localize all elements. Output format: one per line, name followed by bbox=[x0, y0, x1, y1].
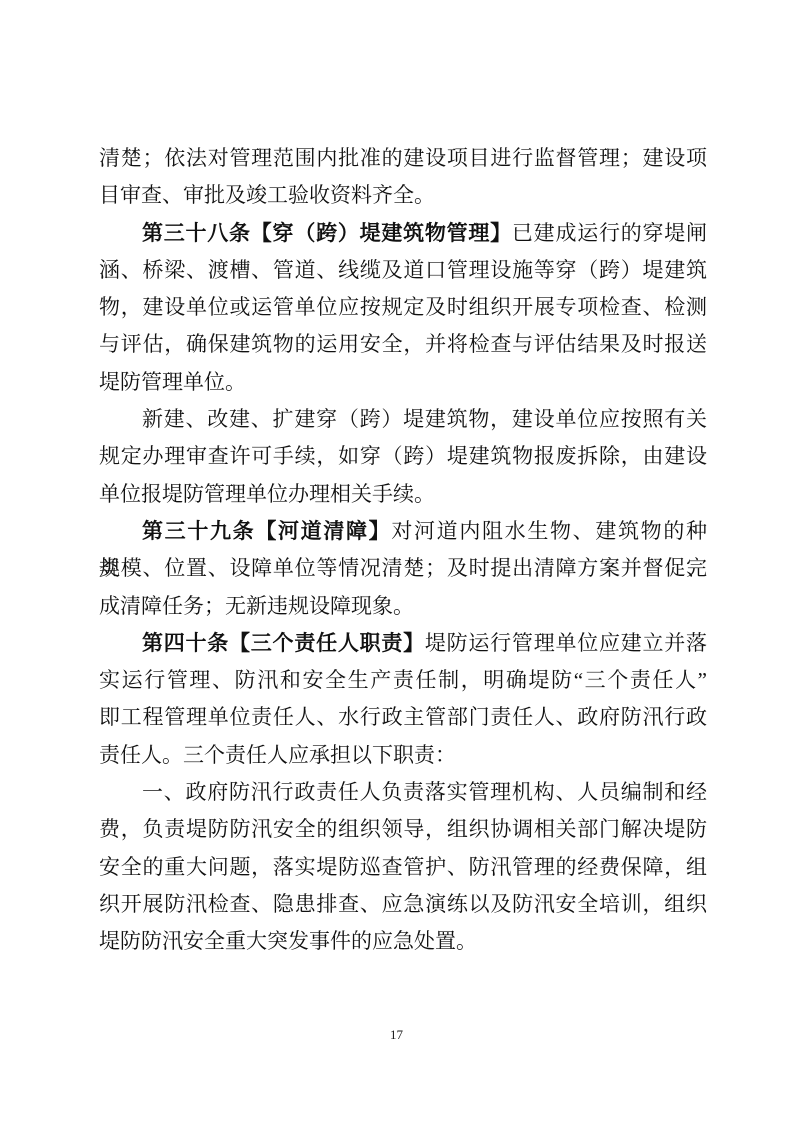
article-heading: 第三十八条【穿（跨）堤建筑物管理】 bbox=[142, 221, 512, 245]
body-text: 清楚；依法对管理范围内批准的建设项目进行监督管理；建设项 bbox=[99, 146, 707, 170]
text-line: 清楚；依法对管理范围内批准的建设项目进行监督管理；建设项 bbox=[99, 140, 707, 177]
text-line: 费，负责堤防防汛安全的组织领导，组织协调相关部门解决堤防 bbox=[99, 811, 707, 848]
text-line: 涵、桥梁、渡槽、管道、线缆及道口管理设施等穿（跨）堤建筑 bbox=[99, 252, 707, 289]
article-heading: 第四十条【三个责任人职责】 bbox=[142, 631, 425, 655]
body-text: 堤防管理单位。 bbox=[99, 370, 246, 394]
text-line: 织开展防汛检查、隐患排查、应急演练以及防汛安全培训，组织 bbox=[99, 886, 707, 923]
text-line: 目审查、审批及竣工验收资料齐全。 bbox=[99, 177, 707, 214]
text-line: 第三十八条【穿（跨）堤建筑物管理】已建成运行的穿堤闸 bbox=[99, 215, 707, 252]
body-text: 物，建设单位或运管单位应按规定及时组织开展专项检查、检测 bbox=[99, 295, 707, 319]
body-text: 成清障任务；无新违规设障现象。 bbox=[99, 594, 414, 618]
text-line: 新建、改建、扩建穿（跨）堤建筑物，建设单位应按照有关 bbox=[99, 401, 707, 438]
text-line: 第三十九条【河道清障】对河道内阻水生物、建筑物的种类、 bbox=[99, 513, 707, 550]
body-text: 费，负责堤防防汛安全的组织领导，组织协调相关部门解决堤防 bbox=[99, 817, 707, 841]
article-heading: 第三十九条【河道清障】 bbox=[142, 519, 391, 543]
document-page: 清楚；依法对管理范围内批准的建设项目进行监督管理；建设项 目审查、审批及竣工验收… bbox=[0, 0, 793, 1122]
body-text: 一、政府防汛行政责任人负责落实管理机构、人员编制和经 bbox=[142, 780, 707, 804]
text-line: 堤防管理单位。 bbox=[99, 364, 707, 401]
text-line: 第四十条【三个责任人职责】堤防运行管理单位应建立并落 bbox=[99, 625, 707, 662]
body-text: 规定办理审查许可手续，如穿（跨）堤建筑物报废拆除，由建设 bbox=[99, 444, 707, 468]
text-line: 物，建设单位或运管单位应按规定及时组织开展专项检查、检测 bbox=[99, 289, 707, 326]
text-line: 实运行管理、防汛和安全生产责任制，明确堤防“三个责任人” bbox=[99, 662, 707, 699]
body-text: 与评估，确保建筑物的运用安全，并将检查与评估结果及时报送 bbox=[99, 332, 707, 356]
body-text: 涵、桥梁、渡槽、管道、线缆及道口管理设施等穿（跨）堤建筑 bbox=[99, 258, 707, 282]
body-text: 已建成运行的穿堤闸 bbox=[512, 221, 707, 245]
body-text: 新建、改建、扩建穿（跨）堤建筑物，建设单位应按照有关 bbox=[142, 407, 707, 431]
text-line: 成清障任务；无新违规设障现象。 bbox=[99, 588, 707, 625]
body-text: 单位报堤防管理单位办理相关手续。 bbox=[99, 482, 435, 506]
text-line: 单位报堤防管理单位办理相关手续。 bbox=[99, 476, 707, 513]
body-text: 堤防运行管理单位应建立并落 bbox=[425, 631, 707, 655]
body-text: 即工程管理单位责任人、水行政主管部门责任人、政府防汛行政 bbox=[99, 705, 707, 729]
text-line: 一、政府防汛行政责任人负责落实管理机构、人员编制和经 bbox=[99, 774, 707, 811]
page-number: 17 bbox=[0, 1026, 793, 1044]
body-text: 规模、位置、设障单位等情况清楚；及时提出清障方案并督促完 bbox=[99, 556, 707, 580]
body-text: 责任人。三个责任人应承担以下职责： bbox=[99, 743, 456, 767]
body-text: 实运行管理、防汛和安全生产责任制，明确堤防“三个责任人” bbox=[99, 668, 707, 692]
body-text: 目审查、审批及竣工验收资料齐全。 bbox=[99, 183, 435, 207]
text-line: 即工程管理单位责任人、水行政主管部门责任人、政府防汛行政 bbox=[99, 699, 707, 736]
text-line: 堤防防汛安全重大突发事件的应急处置。 bbox=[99, 923, 707, 960]
text-line: 安全的重大问题，落实堤防巡查管护、防汛管理的经费保障，组 bbox=[99, 849, 707, 886]
text-line: 规定办理审查许可手续，如穿（跨）堤建筑物报废拆除，由建设 bbox=[99, 438, 707, 475]
text-line: 责任人。三个责任人应承担以下职责： bbox=[99, 737, 707, 774]
body-text: 织开展防汛检查、隐患排查、应急演练以及防汛安全培训，组织 bbox=[99, 892, 707, 916]
document-body-text: 清楚；依法对管理范围内批准的建设项目进行监督管理；建设项 目审查、审批及竣工验收… bbox=[99, 140, 707, 961]
body-text: 安全的重大问题，落实堤防巡查管护、防汛管理的经费保障，组 bbox=[99, 855, 707, 879]
text-line: 规模、位置、设障单位等情况清楚；及时提出清障方案并督促完 bbox=[99, 550, 707, 587]
body-text: 堤防防汛安全重大突发事件的应急处置。 bbox=[99, 929, 477, 953]
text-line: 与评估，确保建筑物的运用安全，并将检查与评估结果及时报送 bbox=[99, 326, 707, 363]
